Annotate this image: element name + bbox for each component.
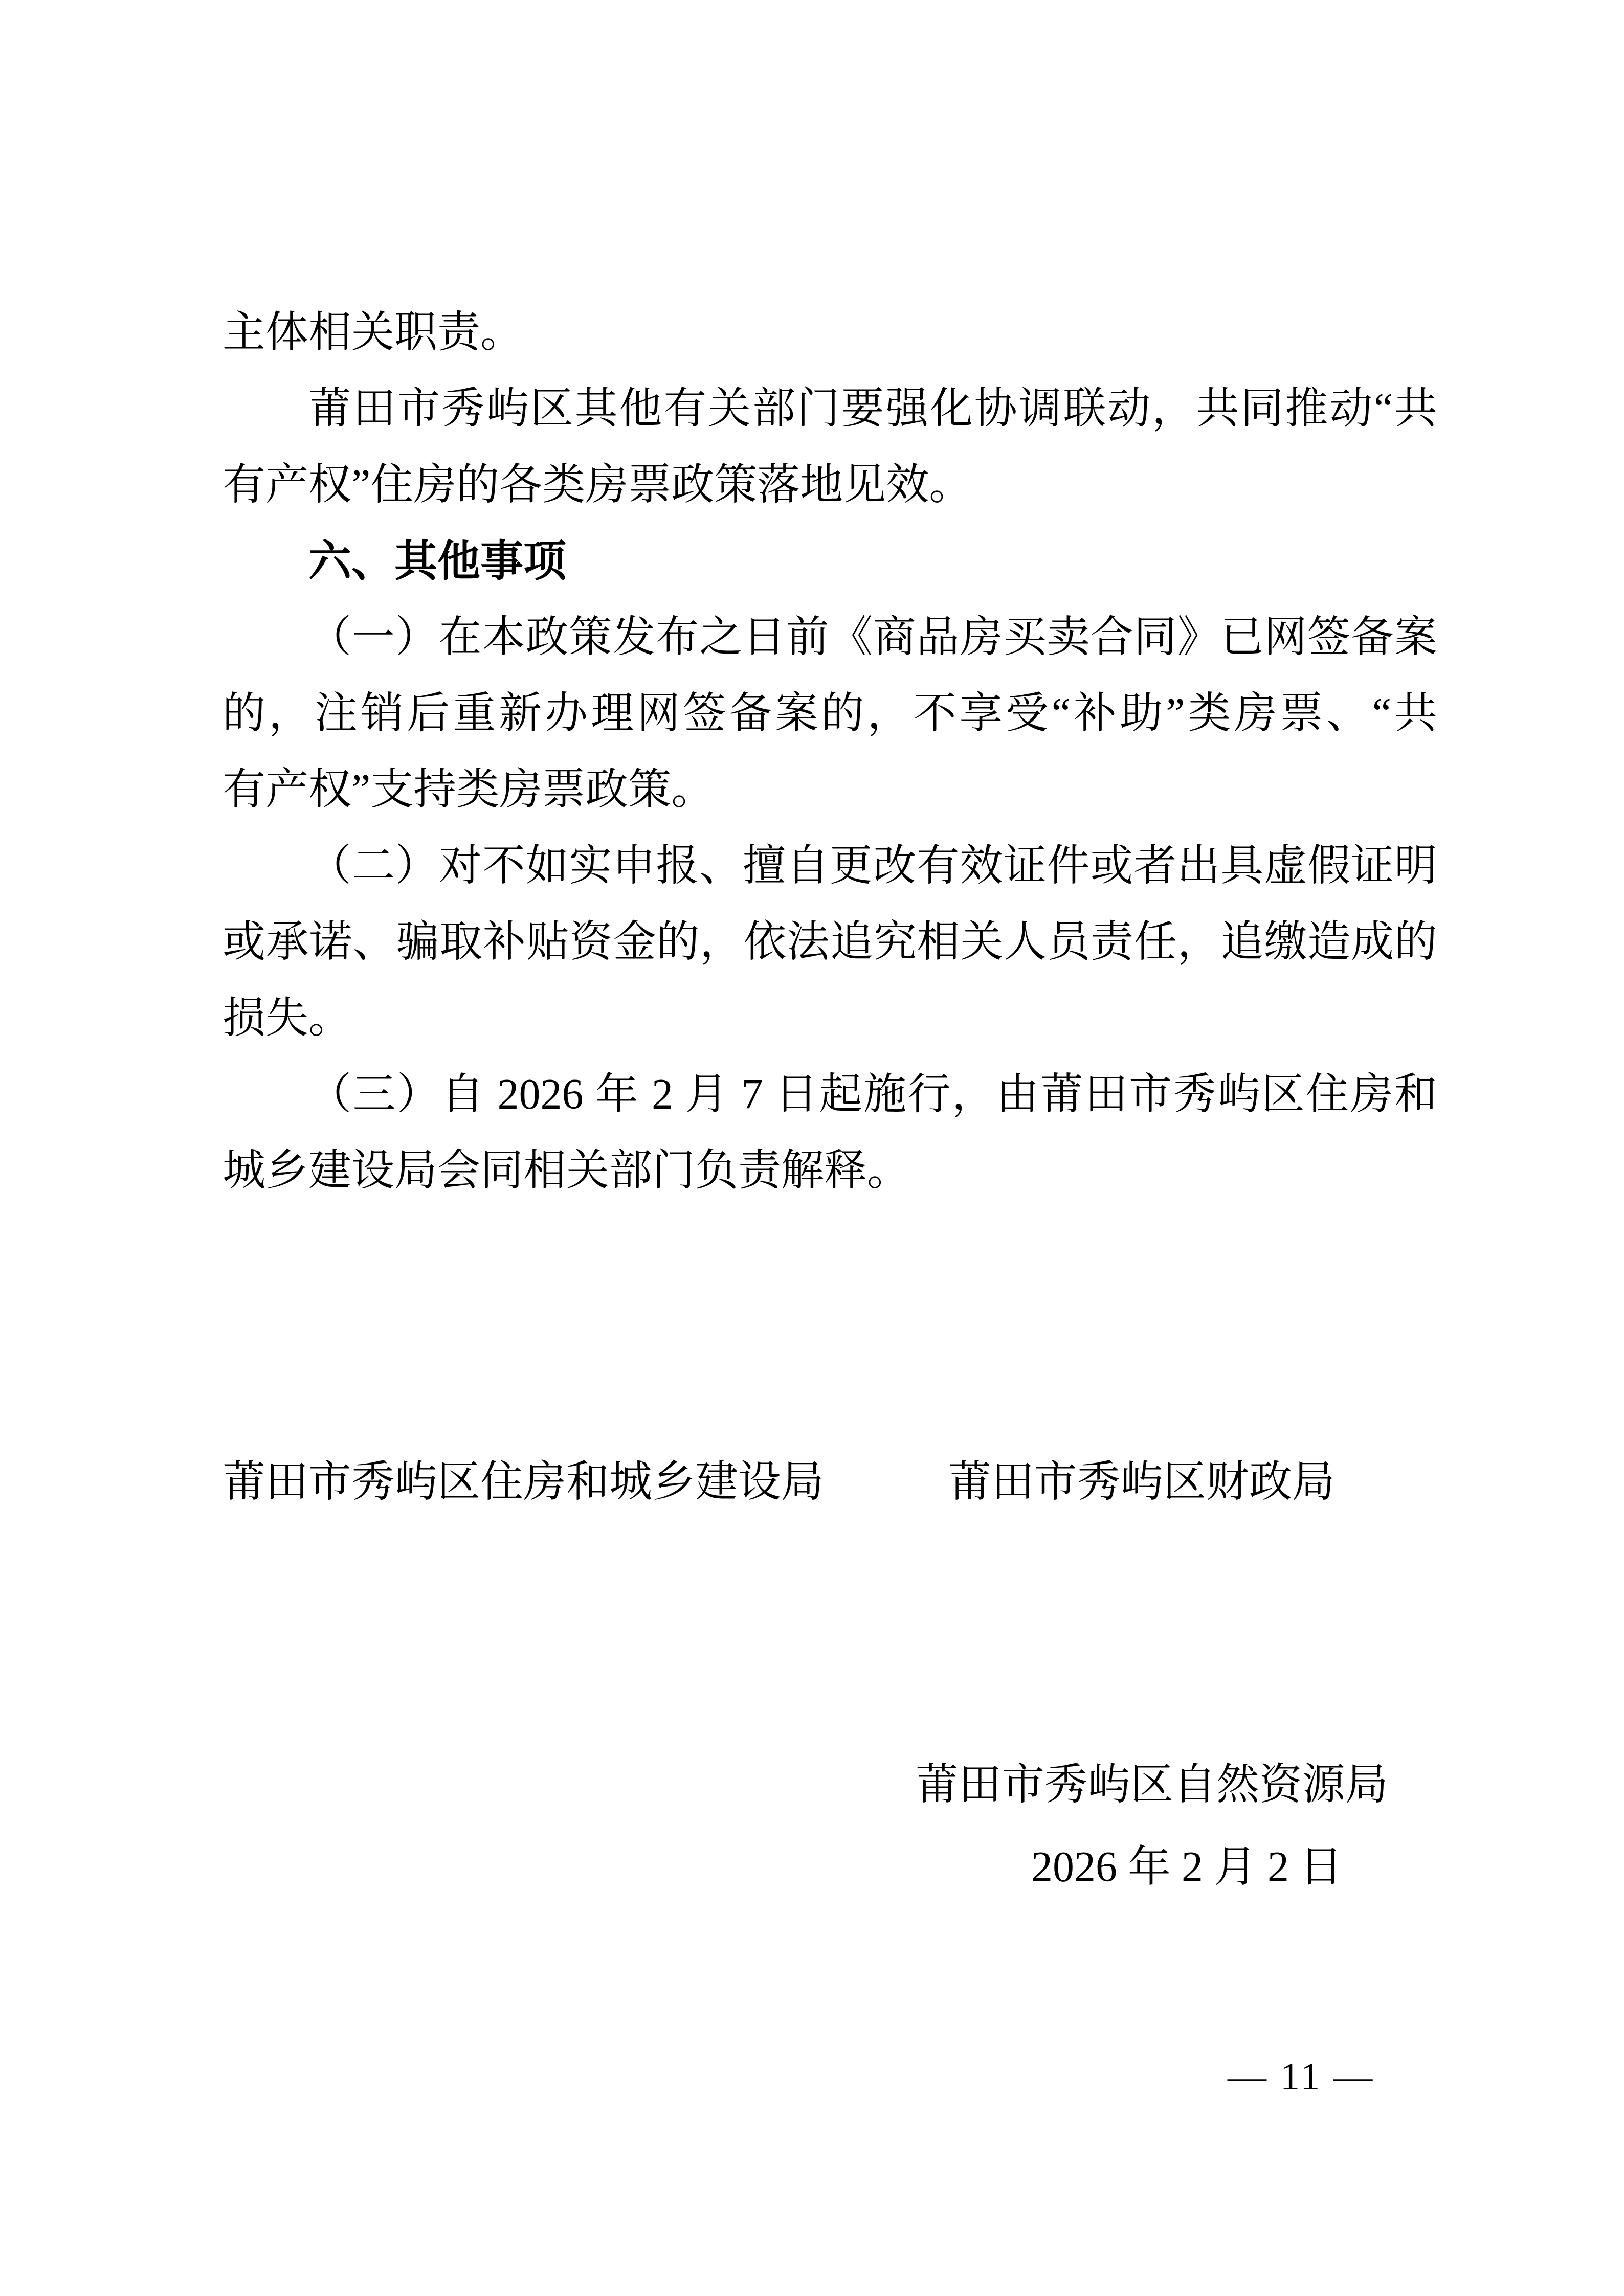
signer-org-finance-bureau: 莆田市秀屿区财政局 bbox=[948, 1444, 1335, 1520]
body-line: 莆田市秀屿区其他有关部门要强化协调联动，共同推动“共 bbox=[223, 371, 1437, 447]
issue-date: 2026 年 2 月 2 日 bbox=[1031, 1829, 1343, 1905]
document-body: 主体相关职责。 莆田市秀屿区其他有关部门要强化协调联动，共同推动“共 有产权”住… bbox=[223, 295, 1437, 1209]
body-line: 有产权”支持类房票政策。 bbox=[223, 752, 1437, 828]
document-page: 主体相关职责。 莆田市秀屿区其他有关部门要强化协调联动，共同推动“共 有产权”住… bbox=[0, 0, 1624, 2296]
body-line: （三）自 2026 年 2 月 7 日起施行，由莆田市秀屿区住房和 bbox=[223, 1056, 1437, 1133]
page-number: — 11 — bbox=[1228, 2039, 1374, 2115]
body-line: （二）对不如实申报、擅自更改有效证件或者出具虚假证明 bbox=[223, 828, 1437, 904]
body-line: 或承诺、骗取补贴资金的，依法追究相关人员责任，追缴造成的 bbox=[223, 904, 1437, 980]
body-line: （一）在本政策发布之日前《商品房买卖合同》已网签备案 bbox=[223, 599, 1437, 676]
body-line: 损失。 bbox=[223, 980, 1437, 1056]
body-line: 城乡建设局会同相关部门负责解释。 bbox=[223, 1133, 1437, 1209]
issuer-org-natural-resources-bureau: 莆田市秀屿区自然资源局 bbox=[916, 1747, 1388, 1823]
body-line: 的，注销后重新办理网签备案的，不享受“补助”类房票、“共 bbox=[223, 676, 1437, 752]
signer-org-housing-bureau: 莆田市秀屿区住房和城乡建设局 bbox=[223, 1444, 824, 1520]
co-signers-row: 莆田市秀屿区住房和城乡建设局 莆田市秀屿区财政局 bbox=[0, 1444, 1624, 1520]
body-line: 主体相关职责。 bbox=[223, 295, 1437, 371]
body-line: 有产权”住房的各类房票政策落地见效。 bbox=[223, 447, 1437, 523]
section-heading: 六、其他事项 bbox=[223, 523, 1437, 599]
